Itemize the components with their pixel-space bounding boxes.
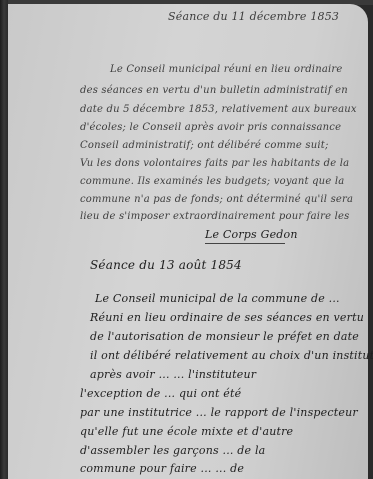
entry1-line: date du 5 décembre 1853, relativement au…	[80, 104, 357, 115]
entry1-line: des séances en vertu d'un bulletin admin…	[80, 85, 348, 96]
entry2-heading: Séance du 13 août 1854	[90, 258, 242, 272]
entry2-line: l'exception de ... qui ont été	[80, 387, 241, 400]
entry2-line: de l'autorisation de monsieur le préfet …	[90, 330, 359, 343]
entry2-line: Le Conseil municipal de la commune de ..…	[95, 292, 340, 305]
entry1-line: Le Conseil municipal réuni en lieu ordin…	[110, 64, 343, 75]
entry1-line: Vu les dons volontaires faits par les ha…	[80, 158, 349, 169]
entry2-line: par une institutrice ... le rapport de l…	[80, 406, 358, 419]
entry1-line: commune n'a pas de fonds; ont déterminé …	[80, 194, 353, 205]
entry2-line: commune pour faire ... ... de	[80, 462, 244, 475]
entry2-line: qu'elle fut une école mixte et d'autre	[80, 425, 293, 438]
entry1-signature: Le Corps Gedon	[205, 228, 298, 241]
entry1-line: commune. Ils examinés les budgets; voyan…	[80, 176, 344, 187]
binding-spine	[0, 0, 8, 479]
entry2-line: Réuni en lieu ordinaire de ses séances e…	[90, 311, 364, 324]
entry1-line: d'écoles; le Conseil après avoir pris co…	[80, 122, 341, 133]
entry2-line: il ont délibéré relativement au choix d'…	[90, 349, 373, 362]
entry1-heading: Séance du 11 décembre 1853	[168, 10, 339, 23]
entry1-line: lieu de s'imposer extraordinairement pou…	[80, 211, 350, 222]
entry1-line: Conseil administratif; ont délibéré comm…	[80, 140, 329, 151]
entry2-line: après avoir ... ... l'instituteur	[90, 368, 256, 381]
signature-flourish	[205, 243, 285, 244]
entry2-line: d'assembler les garçons ... de la	[80, 444, 265, 457]
